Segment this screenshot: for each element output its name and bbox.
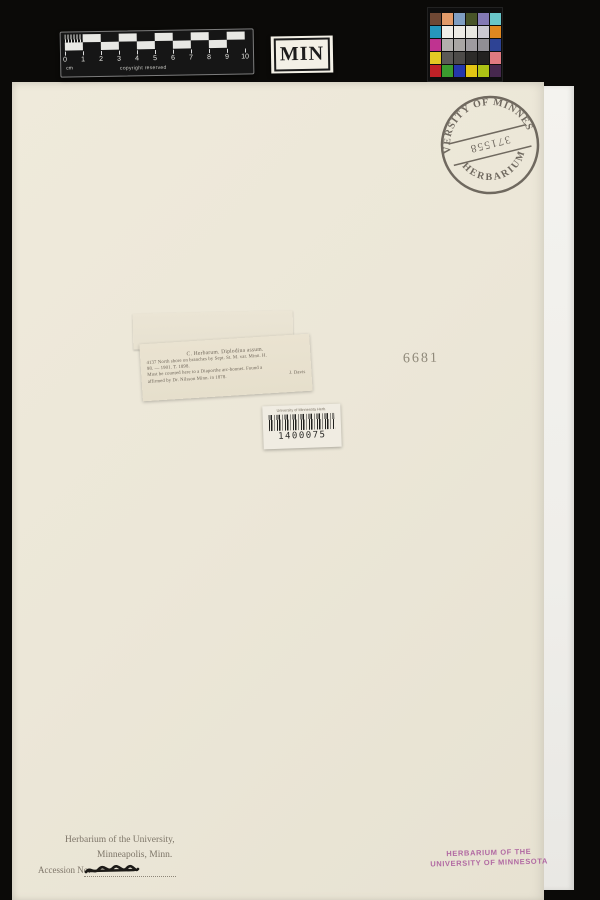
ruler-checker-cell — [209, 40, 227, 48]
color-chip — [490, 39, 501, 51]
color-chip — [442, 13, 453, 25]
handwritten-number: 6681 — [403, 351, 439, 368]
color-chip — [478, 13, 489, 25]
color-chip — [442, 65, 453, 77]
ruler-number: 5 — [148, 54, 162, 63]
stamp-bottom-text: HERBARIUM — [458, 146, 533, 190]
color-chip — [478, 52, 489, 64]
stamp-number: 371558 — [468, 133, 512, 155]
color-chip — [490, 13, 501, 25]
color-chip — [490, 52, 501, 64]
color-chip — [430, 13, 441, 25]
color-chip — [454, 13, 465, 25]
ruler-number: 6 — [166, 54, 180, 63]
ruler-number: 1 — [76, 55, 90, 64]
ruler-checker-cell — [101, 42, 119, 50]
color-chip — [478, 39, 489, 51]
color-chip — [478, 65, 489, 77]
ruler-checker-cell — [191, 40, 209, 48]
scale-ruler: 012345678910 cm copyright reserved — [60, 28, 255, 77]
color-card-grid — [430, 13, 501, 77]
backing-sheet-edge — [543, 86, 574, 890]
purple-herbarium-stamp: HERBARIUM OF THE UNIVERSITY OF MINNESOTA — [424, 846, 554, 869]
herbarium-sheet-photo: 012345678910 cm copyright reserved MIN U… — [0, 0, 600, 900]
ruler-number: 10 — [238, 52, 252, 61]
ruler-number: 8 — [202, 53, 216, 62]
color-chip — [454, 26, 465, 38]
ruler-checker-cell — [227, 39, 245, 47]
color-chip — [478, 26, 489, 38]
color-chip — [466, 39, 477, 51]
color-chip — [490, 26, 501, 38]
color-chip — [430, 26, 441, 38]
ruler-checker-cell — [137, 41, 155, 49]
color-chip — [454, 52, 465, 64]
color-chip — [430, 39, 441, 51]
label-signature: J. Davis — [289, 370, 306, 377]
color-chip — [454, 39, 465, 51]
barcode-label: University of Minnesota Herb. 1400075 — [262, 404, 341, 450]
color-chip — [466, 13, 477, 25]
ruler-number: 0 — [58, 55, 72, 64]
accession-scribble — [84, 862, 140, 883]
imprint-line-2: Minneapolis, Minn. — [97, 850, 172, 860]
imprint-accession-label: Accession No. — [38, 865, 91, 875]
herbarium-code-card: MIN — [271, 35, 334, 73]
specimen-label: C. Herbarum. Diplodina assum. 4137 North… — [139, 334, 312, 402]
imprint-line-1: Herbarium of the University, — [65, 835, 175, 845]
ruler-number: 9 — [220, 53, 234, 62]
ruler-number: 4 — [130, 54, 144, 63]
ruler-number: 7 — [184, 53, 198, 62]
color-chip — [454, 65, 465, 77]
ruler-checker-cell — [119, 41, 137, 49]
ruler-copyright-text: copyright reserved — [61, 64, 225, 73]
ruler-number: 2 — [94, 55, 108, 64]
color-chip — [490, 65, 501, 77]
color-chip — [430, 52, 441, 64]
ruler-checker-cell — [83, 42, 101, 50]
herbarium-code-label: MIN — [274, 38, 331, 72]
color-chip — [442, 26, 453, 38]
color-chip — [466, 52, 477, 64]
color-chip — [442, 52, 453, 64]
ruler-checker-cell — [173, 40, 191, 48]
ruler-checker-rows — [65, 31, 245, 50]
color-chip — [466, 26, 477, 38]
ruler-number: 3 — [112, 55, 126, 64]
barcode-number: 1400075 — [269, 429, 335, 443]
color-chip — [430, 65, 441, 77]
color-calibration-card — [427, 7, 503, 82]
ruler-checker-cell — [155, 41, 173, 49]
ruler-checker-cell — [65, 42, 83, 50]
color-chip — [442, 39, 453, 51]
color-chip — [466, 65, 477, 77]
